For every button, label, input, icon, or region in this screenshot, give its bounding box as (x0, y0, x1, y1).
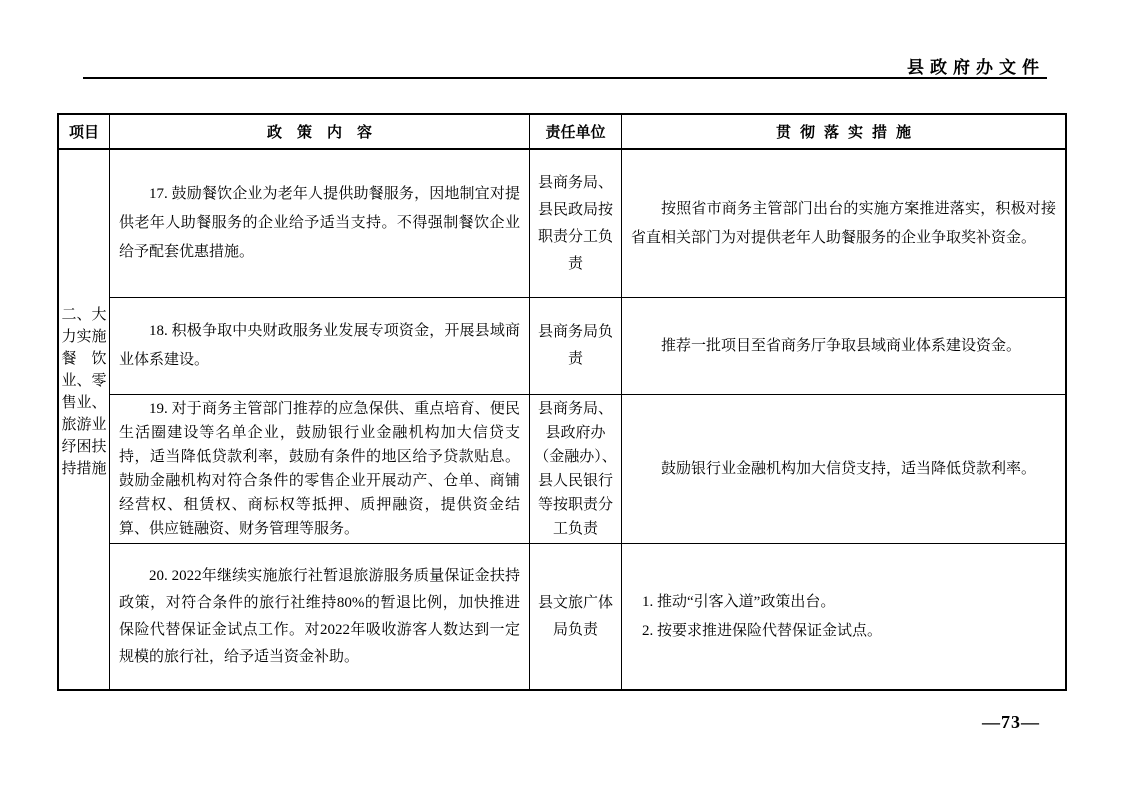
unit-cell-17: 县商务局、县民政局按职责分工负责 (530, 150, 622, 298)
header-rule (83, 77, 1047, 79)
project-label-line: 售业、 (62, 392, 107, 414)
policy-cell-17: 17. 鼓励餐饮企业为老年人提供助餐服务，因地制宜对提供老年人助餐服务的企业给予… (110, 150, 530, 298)
policy-text: 20. 2022年继续实施旅行社暂退旅游服务质量保证金扶持政策，对符合条件的旅行… (110, 563, 529, 671)
project-label-line: 力实施 (62, 326, 107, 348)
measure-item: 2. 按要求推进保险代替保证金试点。 (622, 617, 1065, 646)
unit-cell-19: 县商务局、县政府办（金融办）、县人民银行等按职责分工负责 (530, 395, 622, 544)
project-label-line: 二、大 (62, 304, 107, 326)
measure-text: 推荐一批项目至省商务厅争取县域商业体系建设资金。 (622, 332, 1065, 361)
page-header-label: 县政府办文件 (907, 53, 1045, 78)
measures-cell-20: 1. 推动“引客入道”政策出台。 2. 按要求推进保险代替保证金试点。 (622, 544, 1065, 689)
measure-item: 1. 推动“引客入道”政策出台。 (622, 588, 1065, 617)
policy-table: 项目 政策内容 责任单位 贯彻落实措施 二、大 力实施 餐饮 业、零 售业、 旅… (57, 113, 1067, 691)
page-number: —73— (982, 712, 1040, 733)
document-page: 县政府办文件 项目 政策内容 责任单位 贯彻落实措施 二、大 力实施 餐饮 业、… (0, 0, 1122, 793)
policy-text: 19. 对于商务主管部门推荐的应急保供、重点培育、便民生活圈建设等名单企业，鼓励… (110, 397, 529, 541)
policy-cell-18: 18. 积极争取中央财政服务业发展专项资金，开展县域商业体系建设。 (110, 298, 530, 395)
policy-text: 17. 鼓励餐饮企业为老年人提供助餐服务，因地制宜对提供老年人助餐服务的企业给予… (110, 180, 529, 267)
measures-cell-17: 按照省市商务主管部门出台的实施方案推进落实，积极对接省直相关部门为对提供老年人助… (622, 150, 1065, 298)
policy-cell-19: 19. 对于商务主管部门推荐的应急保供、重点培育、便民生活圈建设等名单企业，鼓励… (110, 395, 530, 544)
project-label-line: 业、零 (62, 370, 107, 392)
column-header-measures: 贯彻落实措施 (622, 115, 1065, 150)
policy-text: 18. 积极争取中央财政服务业发展专项资金，开展县域商业体系建设。 (110, 317, 529, 375)
measure-text: 按照省市商务主管部门出台的实施方案推进落实，积极对接省直相关部门为对提供老年人助… (622, 195, 1065, 253)
measures-cell-18: 推荐一批项目至省商务厅争取县域商业体系建设资金。 (622, 298, 1065, 395)
project-label-line: 纾困扶 (62, 436, 107, 458)
project-label-line: 餐饮 (62, 348, 107, 370)
project-cell: 二、大 力实施 餐饮 业、零 售业、 旅游业 纾困扶 持措施 (59, 150, 110, 689)
column-header-project: 项目 (59, 115, 110, 150)
unit-cell-20: 县文旅广体局负责 (530, 544, 622, 689)
measures-cell-19: 鼓励银行业金融机构加大信贷支持，适当降低贷款利率。 (622, 395, 1065, 544)
project-label-line: 持措施 (62, 458, 107, 480)
column-header-policy: 政策内容 (110, 115, 530, 150)
column-header-unit: 责任单位 (530, 115, 622, 150)
measure-text: 鼓励银行业金融机构加大信贷支持，适当降低贷款利率。 (622, 455, 1065, 484)
policy-cell-20: 20. 2022年继续实施旅行社暂退旅游服务质量保证金扶持政策，对符合条件的旅行… (110, 544, 530, 689)
project-label-line: 旅游业 (62, 414, 107, 436)
unit-cell-18: 县商务局负责 (530, 298, 622, 395)
